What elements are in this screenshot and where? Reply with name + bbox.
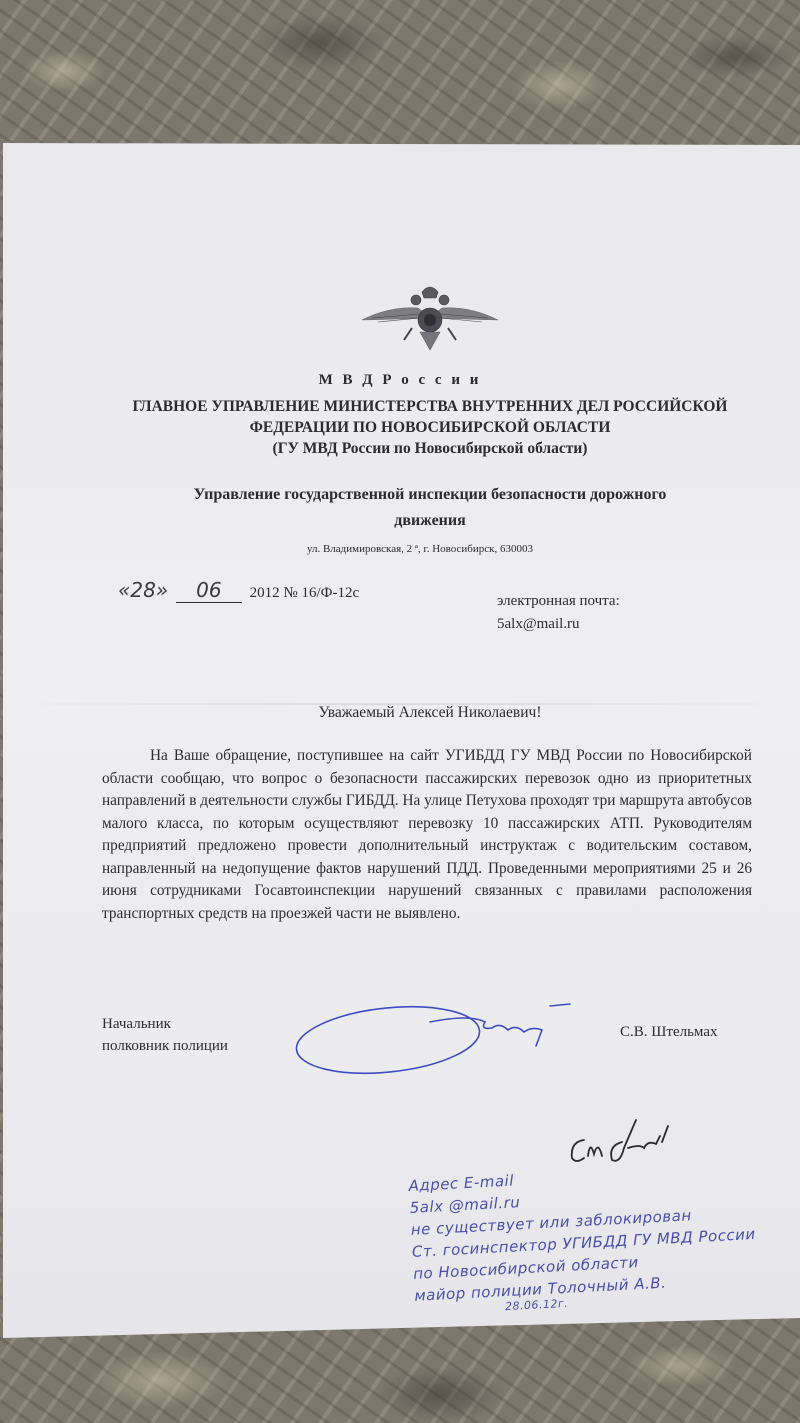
division-line1: Управление государственной инспекции без… bbox=[90, 482, 770, 508]
division-line2: движения bbox=[90, 508, 770, 534]
double-headed-eagle-emblem-icon bbox=[360, 278, 500, 358]
signature-scribble-icon bbox=[280, 1000, 600, 1080]
recipient-email: 5alx@mail.ru bbox=[497, 616, 580, 633]
reference-number: 2012 № 16/Ф-12с bbox=[250, 585, 359, 601]
handwritten-note: Адрес E-mail 5alx @mail.ru не существует… bbox=[408, 1154, 800, 1323]
handwritten-month: 06 bbox=[176, 578, 242, 603]
letter-greeting: Уважаемый Алексей Николаевич! bbox=[90, 704, 770, 722]
division-heading: Управление государственной инспекции без… bbox=[90, 482, 770, 534]
letter-body: На Ваше обращение, поступившее на сайт У… bbox=[102, 745, 752, 925]
signatory-name: С.В. Штельмах bbox=[620, 1024, 717, 1041]
main-department-short: (ГУ МВД России по Новосибирской области) bbox=[70, 438, 790, 459]
main-department-heading: ГЛАВНОЕ УПРАВЛЕНИЕ МИНИСТЕРСТВА ВНУТРЕНН… bbox=[70, 396, 790, 459]
signatory-title-line2: полковник полиции bbox=[102, 1035, 228, 1057]
ministry-title: М В Д Р о с с и и bbox=[60, 372, 740, 389]
main-department-line2: ФЕДЕРАЦИИ ПО НОВОСИБИРСКОЙ ОБЛАСТИ bbox=[70, 417, 790, 438]
reference-line: «28» 06 2012 № 16/Ф-12с bbox=[118, 578, 359, 603]
signatory-title-line1: Начальник bbox=[102, 1013, 228, 1035]
letterhead-address: ул. Владимировская, 2 ª, г. Новосибирск,… bbox=[120, 543, 720, 555]
main-department-line1: ГЛАВНОЕ УПРАВЛЕНИЕ МИНИСТЕРСТВА ВНУТРЕНН… bbox=[70, 396, 790, 417]
signatory-title: Начальник полковник полиции bbox=[102, 1013, 228, 1057]
recipient-email-label: электронная почта: bbox=[497, 593, 620, 610]
handwritten-day: «28» bbox=[118, 578, 168, 602]
